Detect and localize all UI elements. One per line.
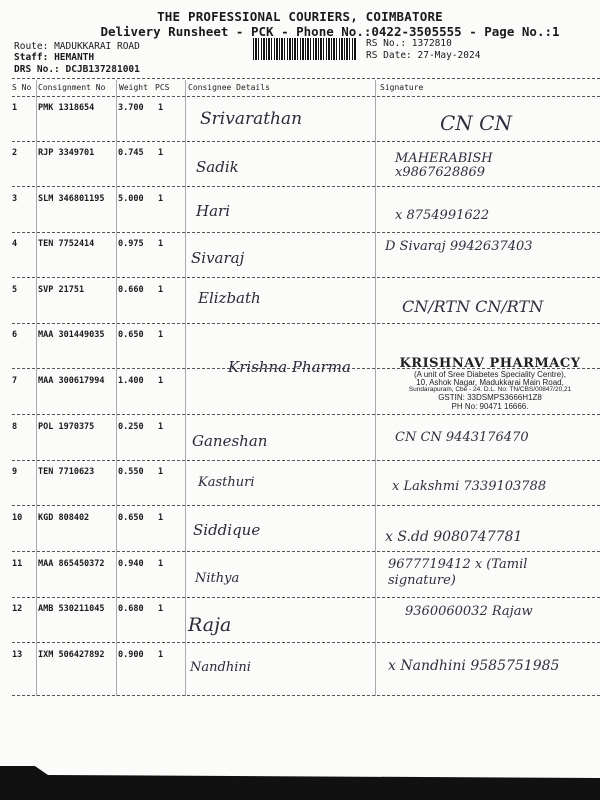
col-header-pcs: PCS (155, 83, 169, 92)
table-row: 3 SLM 346801195 5.000 1 Hari x 875499162… (0, 188, 600, 234)
signature: 9360060032 Rajaw (405, 604, 585, 620)
sno: 11 (12, 559, 22, 569)
weight: 0.680 (118, 604, 144, 614)
route-info: Route: MADUKKARAI ROAD (14, 41, 140, 52)
weight: 0.940 (118, 559, 144, 569)
row-rule (12, 414, 600, 415)
consignee-name: Kasthuri (198, 475, 254, 490)
weight: 0.745 (118, 148, 144, 158)
col-header-consignee: Consignee Details (188, 83, 270, 92)
signature: x Lakshmi 7339103788 (392, 479, 546, 494)
table-row: 5 SVP 21751 0.660 1 Elizbath CN/RTN CN/R… (0, 279, 600, 325)
sno: 10 (12, 513, 22, 523)
weight: 1.400 (118, 376, 144, 386)
col-header-sno: S No (12, 83, 31, 92)
consignment-no: TEN 7752414 (38, 239, 94, 249)
consignee-name: Sivaraj (191, 249, 244, 267)
pcs: 1 (158, 422, 163, 432)
row-rule (12, 695, 600, 696)
weight: 0.660 (118, 285, 144, 295)
consignment-no: MAA 300617994 (38, 376, 105, 386)
table-row: 4 TEN 7752414 0.975 1 Sivaraj D Sivaraj … (0, 233, 600, 279)
table-row: 8 POL 1970375 0.250 1 Ganeshan CN CN 944… (0, 416, 600, 462)
consignment-no: POL 1970375 (38, 422, 94, 432)
sno: 7 (12, 376, 17, 386)
sno: 4 (12, 239, 17, 249)
consignee-name: Krishna Pharma (228, 356, 368, 378)
pcs: 1 (158, 513, 163, 523)
pcs: 1 (158, 467, 163, 477)
rs-no-value: 1372810 (412, 38, 452, 49)
consignee-name: Raja (188, 614, 231, 636)
signature: CN CN (440, 111, 512, 135)
drs-value: DCJB137281001 (66, 64, 140, 75)
pcs: 1 (158, 103, 163, 113)
consignee-name: Nandhini (190, 660, 251, 675)
pcs: 1 (158, 148, 163, 158)
consignment-no: MAA 865450372 (38, 559, 105, 569)
signature: x 8754991622 (395, 208, 489, 223)
rs-date-value: 27-May-2024 (418, 50, 481, 61)
staff-value: HEMANTH (54, 52, 94, 63)
signature: D Sivaraj 9942637403 (385, 239, 575, 255)
col-header-signature: Signature (380, 83, 423, 92)
rs-date-info: RS Date: 27-May-2024 (366, 50, 480, 61)
sno: 2 (12, 148, 17, 158)
consignee-name: Sadik (196, 158, 239, 176)
pcs: 1 (158, 559, 163, 569)
pcs: 1 (158, 604, 163, 614)
row-rule (12, 505, 600, 506)
table-row: 13 IXM 506427892 0.900 1 Nandhini x Nand… (0, 644, 600, 690)
sno: 12 (12, 604, 22, 614)
consignment-no: AMB 530211045 (38, 604, 105, 614)
signature: MAHERABISH x9867628869 (395, 152, 585, 180)
signature: x Nandhini 9585751985 (388, 658, 559, 674)
signature: 9677719412 x (Tamil signature) (388, 557, 588, 589)
sno: 5 (12, 285, 17, 295)
stamp-name: KRISHNAV PHARMACY (380, 357, 600, 371)
staff-info: Staff: HEMANTH (14, 52, 94, 63)
consignment-no: KGD 808402 (38, 513, 89, 523)
pcs: 1 (158, 194, 163, 204)
sno: 8 (12, 422, 17, 432)
table-row: 9 TEN 7710623 0.550 1 Kasthuri x Lakshmi… (0, 461, 600, 507)
drs-info: DRS No.: DCJB137281001 (14, 64, 140, 75)
rs-date-label: RS Date: (366, 50, 412, 61)
weight: 5.000 (118, 194, 144, 204)
weight: 0.975 (118, 239, 144, 249)
pcs: 1 (158, 285, 163, 295)
consignment-no: TEN 7710623 (38, 467, 94, 477)
table-row: 1 PMK 1318654 3.700 1 Srivarathan CN CN (0, 97, 600, 143)
table-row: 12 AMB 530211045 0.680 1 Raja 9360060032… (0, 598, 600, 644)
staff-label: Staff: (14, 52, 48, 63)
barcode (253, 38, 357, 60)
row-rule (12, 277, 600, 278)
weight: 3.700 (118, 103, 144, 113)
table-top-rule (12, 78, 600, 79)
rs-no-info: RS No.: 1372810 (366, 38, 452, 49)
consignee-name: Elizbath (198, 289, 261, 307)
pcs: 1 (158, 330, 163, 340)
row-rule (12, 642, 600, 643)
weight: 0.650 (118, 513, 144, 523)
table-row: 11 MAA 865450372 0.940 1 Nithya 96777194… (0, 553, 600, 599)
company-title: THE PROFESSIONAL COURIERS, COIMBATORE (0, 9, 600, 24)
scan-edge-shadow (0, 742, 600, 800)
consignee-name: Siddique (193, 521, 260, 539)
drs-label: DRS No.: (14, 64, 60, 75)
consignee-name: Nithya (195, 571, 239, 586)
col-header-consignment: Consignment No (38, 83, 105, 92)
stamp-line: PH No: 90471 16666. (380, 403, 600, 411)
sno: 9 (12, 467, 17, 477)
consignment-no: PMK 1318654 (38, 103, 94, 113)
row-rule (12, 186, 600, 187)
pcs: 1 (158, 239, 163, 249)
pcs: 1 (158, 650, 163, 660)
sno: 1 (12, 103, 17, 113)
route-label: Route: (14, 41, 48, 52)
consignee-name: Ganeshan (192, 432, 267, 450)
signature: x S.dd 9080747781 (385, 529, 522, 545)
rs-no-label: RS No.: (366, 38, 406, 49)
consignment-no: SVP 21751 (38, 285, 84, 295)
consignee-name: Hari (196, 202, 230, 220)
weight: 0.900 (118, 650, 144, 660)
table-row: 10 KGD 808402 0.650 1 Siddique x S.dd 90… (0, 507, 600, 553)
pharmacy-stamp: KRISHNAV PHARMACY (A unit of Sree Diabet… (380, 357, 600, 411)
sno: 13 (12, 650, 22, 660)
row-rule (12, 551, 600, 552)
signature: CN/RTN CN/RTN (402, 297, 543, 316)
col-header-weight: Weight (119, 83, 148, 92)
consignee-name: Srivarathan (200, 109, 302, 129)
consignment-no: SLM 346801195 (38, 194, 105, 204)
consignment-no: RJP 3349701 (38, 148, 94, 158)
sno: 6 (12, 330, 17, 340)
table-row: 2 RJP 3349701 0.745 1 Sadik MAHERABISH x… (0, 142, 600, 188)
consignment-no: MAA 301449035 (38, 330, 105, 340)
weight: 0.650 (118, 330, 144, 340)
runsheet-subtitle: Delivery Runsheet - PCK - Phone No.:0422… (30, 24, 600, 39)
sno: 3 (12, 194, 17, 204)
consignment-no: IXM 506427892 (38, 650, 105, 660)
signature: CN CN 9443176470 (395, 430, 529, 445)
pcs: 1 (158, 376, 163, 386)
route-value: MADUKKARAI ROAD (54, 41, 140, 52)
weight: 0.250 (118, 422, 144, 432)
weight: 0.550 (118, 467, 144, 477)
